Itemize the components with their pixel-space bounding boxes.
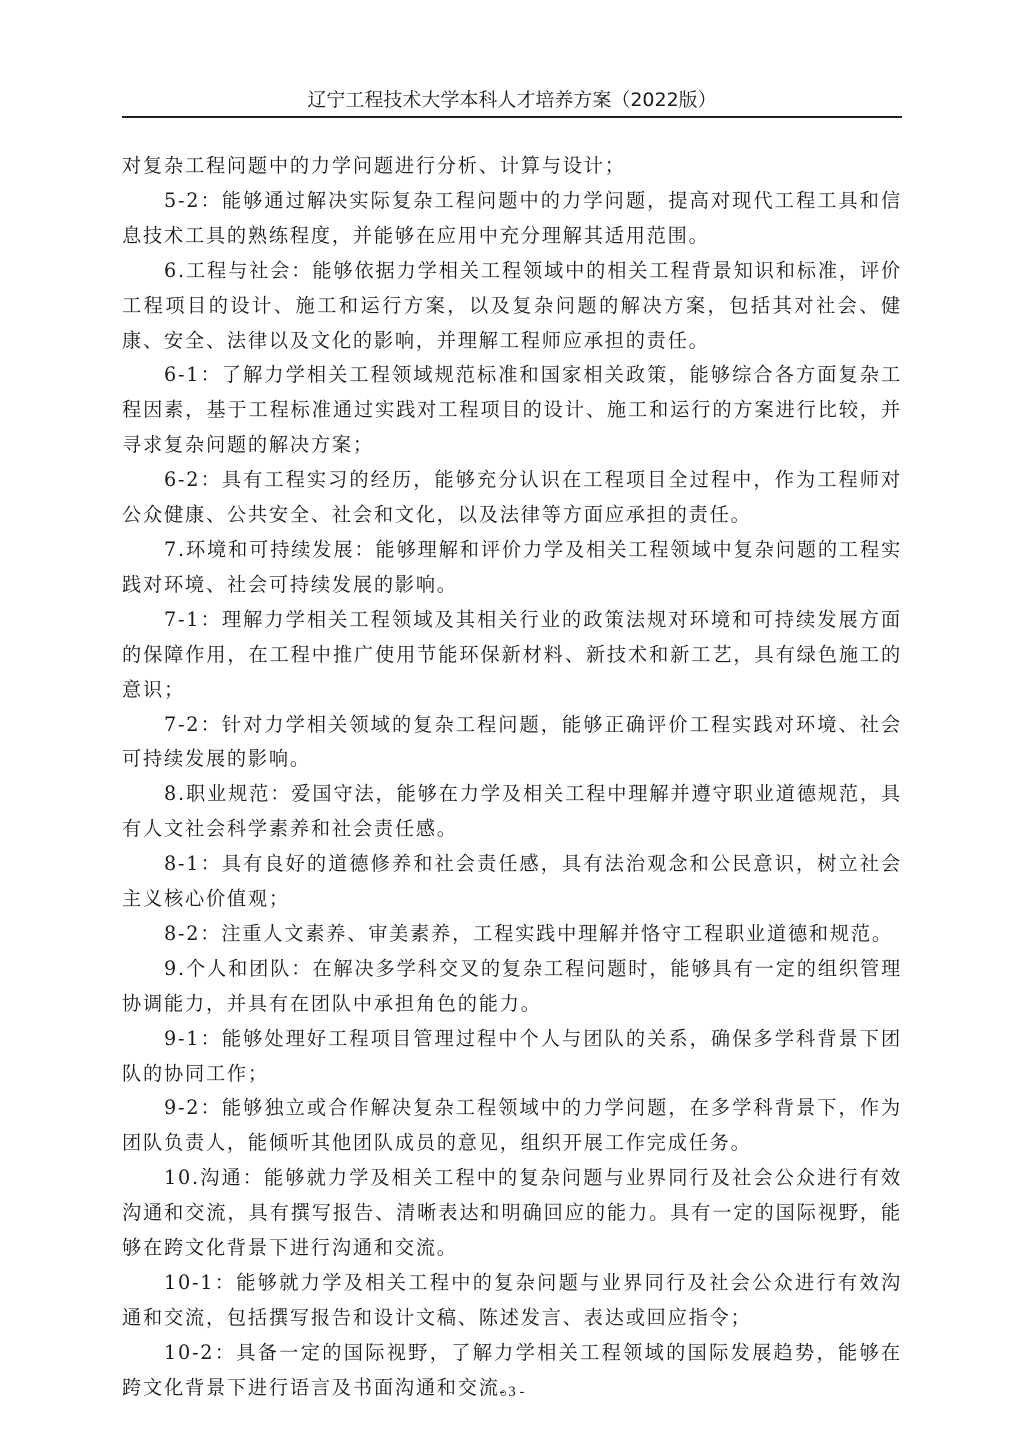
page-header-title: 辽宁工程技术大学本科人才培养方案（2022版） bbox=[122, 88, 902, 112]
paragraph-10: 10.沟通：能够就力学及相关工程中的复杂问题与业界同行及社会公众进行有效沟通和交… bbox=[122, 1161, 902, 1266]
paragraph-9-2: 9-2：能够独立或合作解决复杂工程领域中的力学问题，在多学科背景下，作为团队负责… bbox=[122, 1091, 902, 1161]
paragraph-8-2: 8-2：注重人文素养、审美素养，工程实践中理解并恪守工程职业道德和规范。 bbox=[122, 917, 902, 952]
paragraph-7-2: 7-2：针对力学相关领域的复杂工程问题，能够正确评价工程实践对环境、社会可持续发… bbox=[122, 708, 902, 778]
paragraph-8: 8.职业规范：爱国守法，能够在力学及相关工程中理解并遵守职业道德规范，具有人文社… bbox=[122, 777, 902, 847]
paragraph-7-1: 7-1：理解力学相关工程领域及其相关行业的政策法规对环境和可持续发展方面的保障作… bbox=[122, 603, 902, 708]
paragraph-9: 9.个人和团队：在解决多学科交叉的复杂工程问题时，能够具有一定的组织管理协调能力… bbox=[122, 952, 902, 1022]
paragraph-5-2: 5-2：能够通过解决实际复杂工程问题中的力学问题，提高对现代工程工具和信息技术工… bbox=[122, 184, 902, 254]
paragraph-6-2: 6-2：具有工程实习的经历，能够充分认识在工程项目全过程中，作为工程师对公众健康… bbox=[122, 463, 902, 533]
paragraph-continuation: 对复杂工程问题中的力学问题进行分析、计算与设计； bbox=[122, 149, 902, 184]
header-divider bbox=[122, 116, 902, 118]
paragraph-6-1: 6-1：了解力学相关工程领域规范标准和国家相关政策，能够综合各方面复杂工程因素，… bbox=[122, 358, 902, 463]
paragraph-6: 6.工程与社会：能够依据力学相关工程领域中的相关工程背景知识和标准，评价工程项目… bbox=[122, 254, 902, 359]
page-number: - 3 - bbox=[0, 1384, 1024, 1401]
paragraph-8-1: 8-1：具有良好的道德修养和社会责任感，具有法治观念和公民意识，树立社会主义核心… bbox=[122, 847, 902, 917]
paragraph-9-1: 9-1：能够处理好工程项目管理过程中个人与团队的关系，确保多学科背景下团队的协同… bbox=[122, 1022, 902, 1092]
paragraph-7: 7.环境和可持续发展：能够理解和评价力学及相关工程领域中复杂问题的工程实践对环境… bbox=[122, 533, 902, 603]
document-body: 对复杂工程问题中的力学问题进行分析、计算与设计； 5-2：能够通过解决实际复杂工… bbox=[122, 149, 902, 1406]
paragraph-10-1: 10-1：能够就力学及相关工程中的复杂问题与业界同行及社会公众进行有效沟通和交流… bbox=[122, 1266, 902, 1336]
